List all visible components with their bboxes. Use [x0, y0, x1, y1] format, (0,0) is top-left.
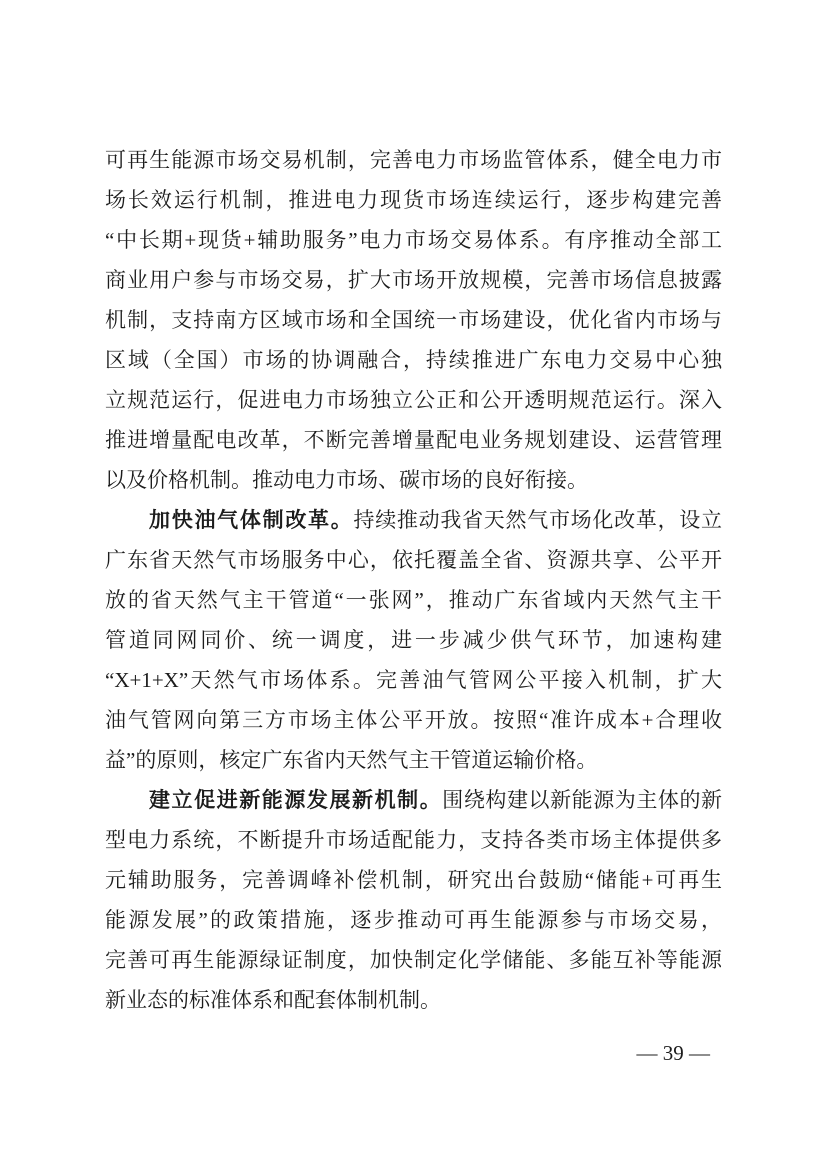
text-line: 放的省天然气主干管道“一张网”，推动广东省域内天然气主干	[105, 580, 722, 620]
document-body: 可再生能源市场交易机制，完善电力市场监管体系，健全电力市 场长效运行机制，推进电…	[105, 140, 722, 1073]
text-line: 机制，支持南方区域市场和全国统一市场建设，优化省内市场与	[105, 300, 722, 340]
paragraph-new-energy-mechanism: 建立促进新能源发展新机制。围绕构建以新能源为主体的新 型电力系统，不断提升市场适…	[105, 780, 722, 1020]
text-line: 型电力系统，不断提升市场适配能力，支持各类市场主体提供多	[105, 820, 722, 860]
text-line: 立规范运行，促进电力市场独立公正和公开透明规范运行。深入	[105, 380, 722, 420]
page-number: — 39 —	[105, 1033, 722, 1073]
text-line: 新业态的标准体系和配套体制机制。	[105, 980, 722, 1020]
text-line: “X+1+X”天然气市场体系。完善油气管网公平接入机制，扩大	[105, 660, 722, 700]
text-line: 可再生能源市场交易机制，完善电力市场监管体系，健全电力市	[105, 140, 722, 180]
text-line: “中长期+现货+辅助服务”电力市场交易体系。有序推动全部工	[105, 220, 722, 260]
text-line: 元辅助服务，完善调峰补偿机制，研究出台鼓励“储能+可再生	[105, 860, 722, 900]
text-line: 场长效运行机制，推进电力现货市场连续运行，逐步构建完善	[105, 180, 722, 220]
text-line: 商业用户参与市场交易，扩大市场开放规模，完善市场信息披露	[105, 260, 722, 300]
paragraph-lead-bold: 加快油气体制改革。	[149, 508, 353, 532]
document-page: 可再生能源市场交易机制，完善电力市场监管体系，健全电力市 场长效运行机制，推进电…	[0, 0, 826, 1169]
paragraph-lead-bold: 建立促进新能源发展新机制。	[149, 788, 442, 812]
text-line: 广东省天然气市场服务中心，依托覆盖全省、资源共享、公平开	[105, 540, 722, 580]
text-run: 持续推动我省天然气市场化改革，设立	[353, 508, 722, 532]
text-line: 区域（全国）市场的协调融合，持续推进广东电力交易中心独	[105, 340, 722, 380]
text-line: 完善可再生能源绿证制度，加快制定化学储能、多能互补等能源	[105, 940, 722, 980]
text-line: 建立促进新能源发展新机制。围绕构建以新能源为主体的新	[105, 780, 722, 820]
text-line: 益”的原则，核定广东省内天然气主干管道运输价格。	[105, 740, 722, 780]
text-line: 推进增量配电改革，不断完善增量配电业务规划建设、运营管理	[105, 420, 722, 460]
text-line: 能源发展”的政策措施，逐步推动可再生能源参与市场交易，	[105, 900, 722, 940]
text-line: 油气管网向第三方市场主体公平开放。按照“准许成本+合理收	[105, 700, 722, 740]
text-line: 以及价格机制。推动电力市场、碳市场的良好衔接。	[105, 460, 722, 500]
text-line: 加快油气体制改革。持续推动我省天然气市场化改革，设立	[105, 500, 722, 540]
text-run: 围绕构建以新能源为主体的新	[442, 788, 722, 812]
paragraph-oil-gas-reform: 加快油气体制改革。持续推动我省天然气市场化改革，设立 广东省天然气市场服务中心，…	[105, 500, 722, 780]
text-line: 管道同网同价、统一调度，进一步减少供气环节，加速构建	[105, 620, 722, 660]
paragraph-electricity-market: 可再生能源市场交易机制，完善电力市场监管体系，健全电力市 场长效运行机制，推进电…	[105, 140, 722, 500]
